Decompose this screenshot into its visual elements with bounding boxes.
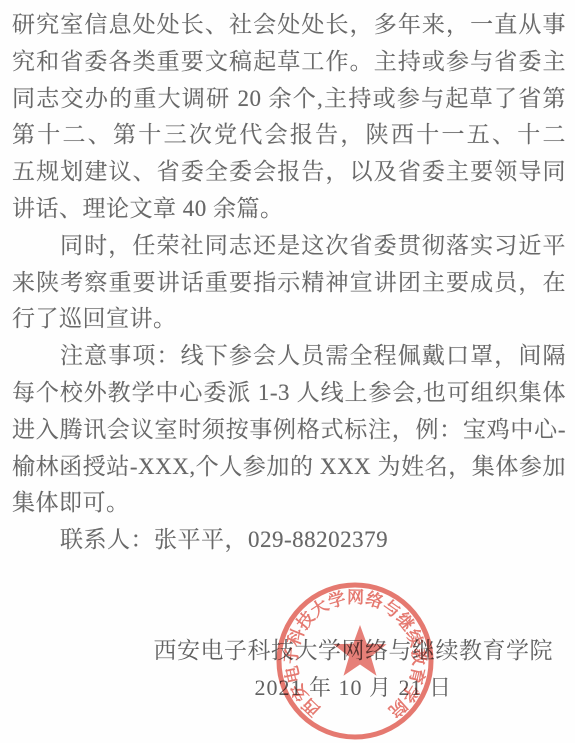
official-seal: 西安电子科技大学网络与继续教育学院 [272,582,438,742]
scanned-document-page: 研究室信息处处长、社会处处长，多年来，一直从事调查研究和省委各类重要文稿起草工作… [0,0,575,743]
document-body: 研究室信息处处长、社会处处长，多年来，一直从事调查研究和省委各类重要文稿起草工作… [12,7,566,559]
text-line: 第十二、第十三次党代会报告，陕西十一五、十二五、十三 [12,117,566,154]
text-line: 来陕考察重要讲话重要指示精神宣讲团主要成员，在全省进 [12,265,566,302]
text-line: 讲话、理论文章 40 余篇。 [12,191,566,228]
text-line: 进入腾讯会议室时须按事例格式标注，例：宝鸡中心-XXX， [12,412,566,449]
text-line: 行了巡回宣讲。 [12,301,566,338]
text-line: 注意事项：线下参会人员需全程佩戴口罩，间隔就坐。 [12,338,566,375]
text-line: 同时，任荣社同志还是这次省委贯彻落实习近平总书记 [12,228,566,265]
text-line: 同志交办的重大调研 20 余个,主持或参与起草了省第十一、 [12,81,566,118]
seal-star-icon [333,625,386,676]
text-line: 究和省委各类重要文稿起草工作。主持或参与省委主要领导 [12,44,566,81]
text-line: 研究室信息处处长、社会处处长，多年来，一直从事调查研 [12,7,566,44]
text-line: 五规划建议、省委全委会报告，以及省委主要领导同志各类 [12,154,566,191]
text-line: 联系人：张平平，029-88202379 [12,522,566,559]
text-line: 集体即可。 [12,485,566,522]
text-line: 每个校外教学中心委派 1-3 人线上参会,也可组织集体参加。 [12,375,566,412]
text-line: 榆林函授站-XXX,个人参加的 XXX 为姓名，集体参加的标注 [12,449,566,486]
